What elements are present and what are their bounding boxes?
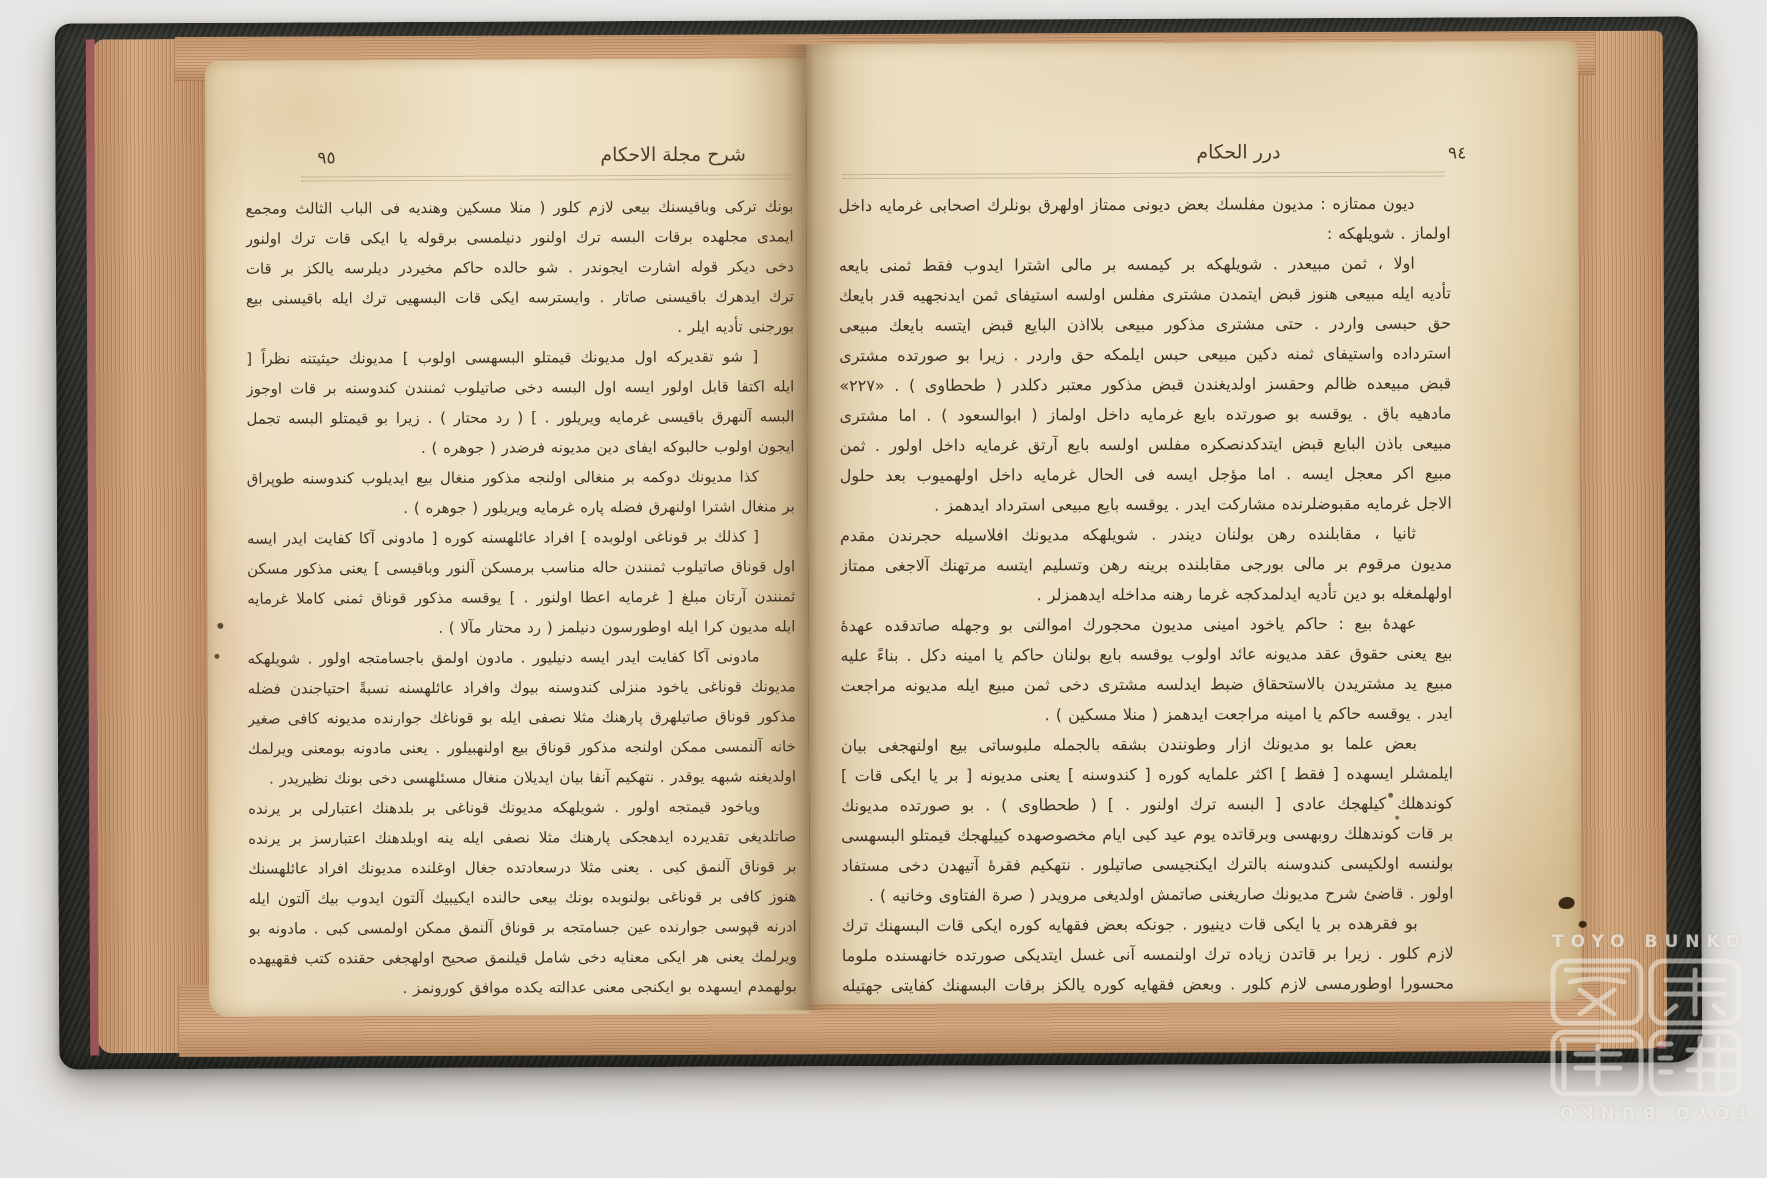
text-line: مبيع اكر معجل ايسه . اما مؤجل ايسه فى ال… [840,458,1452,491]
text-line: ايمدى مجلهده برقات البسه ترك اولنور دنيل… [246,221,794,253]
text-line: قبض مبيعده ظالم وحقسز اولديغندن قبض مذكو… [839,368,1451,401]
text-line: كوندهلك كيلهجك عادى [ البسه ترك اولنور .… [841,788,1453,821]
text-line: تأديه ايله مبيعى هنوز قبض ايتمدن مشترى م… [839,279,1451,312]
binding-hole [1388,793,1393,798]
text-line: اول قوناق صاتيلوب ثمنندن حاله مناسب برمس… [247,551,795,583]
binding-hole [217,623,223,629]
text-line: لازم كلور . زيرا بر قاتدن زياده ترك اولن… [842,938,1454,971]
text-line: ايله اكتفا قابل اولور ايسه اول البسه دخى… [246,371,794,403]
text-line: ادرنه قپوسى جوارنده عين جسامتجه بر قوناق… [249,911,797,943]
text-line: ثانيا ، مقابلنده رهن بولنان ديندر . شويل… [840,518,1452,551]
text-line: [ شو تقديركه اول مديونك قيمتلو البسهسى ا… [246,341,794,373]
text-line: وياخود قيمتجه اولور . شويلهكه مديونك قون… [248,791,796,823]
text-line: بر قات كوندهلك روبهسى وبرقاتده يوم عيد ك… [841,818,1453,851]
text-line: اولهلمغله بو دين تأديه ايدلمدكجه غرما ره… [840,578,1452,611]
text-line: استرداده واستيفاى ثمنه دكين مبيعى حبس اي… [839,338,1451,371]
text-line: ايجون اولوب حالبوكه ايفاى دين مديونه فرض… [247,431,795,463]
text-line: مادونى آكا كفايت ايدر ايسه دنيليور . ماد… [247,641,795,673]
text-line: بونك تركى وباقيسنك بيعى لازم كلور ( منلا… [245,191,793,223]
fore-edge-right [1571,31,1667,1049]
right-running-title: درر الحكام [1196,138,1280,166]
text-line: مادهيه باق . يوقسه بو صورتده بايع غرمايه… [839,398,1451,431]
text-line: بو فقرهده بر يا ايكى قات دينيور . جونكه … [842,908,1454,941]
text-line: ايدر . يوقسه حاكم يا امينه مراجعت ايدهمز… [841,698,1453,731]
left-page-body: بونك تركى وباقيسنك بيعى لازم كلور ( منلا… [245,191,797,1003]
text-line: عهدهٔ بيع : حاكم ياخود امينى مديون محجور… [840,608,1452,641]
text-line: مذكور قوناق صاتيلهرق پارهنك مثلا نصفى اي… [248,701,796,733]
text-line: بولهمدم ايسهده بو ايكنجى معنى عدالته يكد… [249,971,797,1003]
text-line: ايلمشلر ايسهده [ فقط ] اكثر علمايه كوره … [841,758,1453,791]
text-line: دخى ديكر قوله اشارت ايجوندر . شو حالده ح… [246,251,794,283]
text-line: مبيع يد مشتريدن بالاستحقاق ضبط ايدلسه مش… [841,668,1453,701]
binding-hole [214,654,219,659]
open-book: شرح مجلة الاحكام ٩٥ بونك تركى وباقيسنك ب… [55,16,1703,1069]
text-line: محسورا اوطورمسى لازم كلور . وبعض فقهايه … [842,968,1454,1001]
text-line: [ كذلك بر قوناغى اولوبده ] افراد عائلهسن… [247,521,795,553]
text-line: ايله مديون كرا ايله اوطورسون دنيلمز ( رد… [247,611,795,643]
text-line: هنوز كافى بر قوناغى بولنوبده بونك بيعى ح… [248,881,796,913]
text-line: اولور . قاضئ شرح مديونك صاريغنى صاتمش او… [841,878,1453,911]
text-line: اولا ، ثمن مبيعدر . شويلهكه بر كيمسه بر … [839,249,1451,282]
text-line: ديون ممتازه : مديون مفلسك بعض ديونى ممتا… [838,189,1450,222]
text-line: خانه آلنمسى ممكن اولنجه مذكور قوناق بيع … [248,731,796,763]
text-line: ترك ايدهرك باقيسنى صاتار . وايسترسه ايكى… [246,281,794,313]
text-line: كذا مديونك دوكمه بر منغالى اولنجه مذكور … [247,461,795,493]
text-line: مبيعى باذن البايع قبض ايتدكدنصكره مفلس ا… [840,428,1452,461]
text-line: اولماز . شويلهكه : [839,219,1451,252]
text-line: بر قوناق آلنمق كبى . يعنى مثلا درسعادتده… [248,851,796,883]
text-line: بولنسه اولكيسى كندوسنه بالترك ايكنجيسى ص… [841,848,1453,881]
text-line: بر منغال اشترا اولنهرق فضله پاره غرمايه … [247,491,795,523]
fore-edge-left [94,39,214,1053]
right-page-header: درر الحكام ٩٤ [838,138,1450,169]
ink-spot [1579,921,1587,928]
right-page-number: ٩٤ [1448,139,1466,167]
text-line: بعض علما بو مديونك ازار وطونندن بشقه بال… [841,728,1453,761]
ink-spot [1559,897,1575,909]
text-line: ثمنندن آرتان مبلغ [ غرمايه اعطا اولنور .… [247,581,795,613]
text-line: صاتلديغى تقديرده ايدهجكى پارهنك مثلا نصف… [248,821,796,853]
text-line: حق حبسى واردر . حتى مشترى مذكور مبيعى بل… [839,308,1451,341]
text-line: ويرلمك يعنى هر ايكى معنايه دخى شامل قيلن… [249,941,797,973]
right-page-body: ديون ممتازه : مديون مفلسك بعض ديونى ممتا… [838,189,1454,1002]
text-line: اولديغنه شبهه يوقدر . نتهكيم آنفا بيان ا… [248,761,796,793]
text-line: مديونك قوناغى ياخود منزلى كندوسنه بيوك و… [248,671,796,703]
left-running-title: شرح مجلة الاحكام [600,141,746,170]
text-line: البسه آلنهرق باقيسى غرمايه ويريلور . ] (… [246,401,794,433]
left-page-number: ٩٥ [317,144,335,172]
left-page-header: شرح مجلة الاحكام ٩٥ [245,140,793,170]
text-line: الاجل غرمايه مقبوضلرنده مشاركت ايدر . يو… [840,488,1452,521]
binding-hole [1395,816,1399,820]
watermark-text-bottom: TOYO BUNKO [1552,1102,1748,1122]
text-line: بورجنى تأديه ايلر . [246,311,794,343]
text-line: بيع يعنى حقوق عقد مديونه عائد اولوب يوقس… [840,638,1452,671]
text-line: مديون مرقوم بر مالى بورجى مقابلنده برينه… [840,548,1452,581]
